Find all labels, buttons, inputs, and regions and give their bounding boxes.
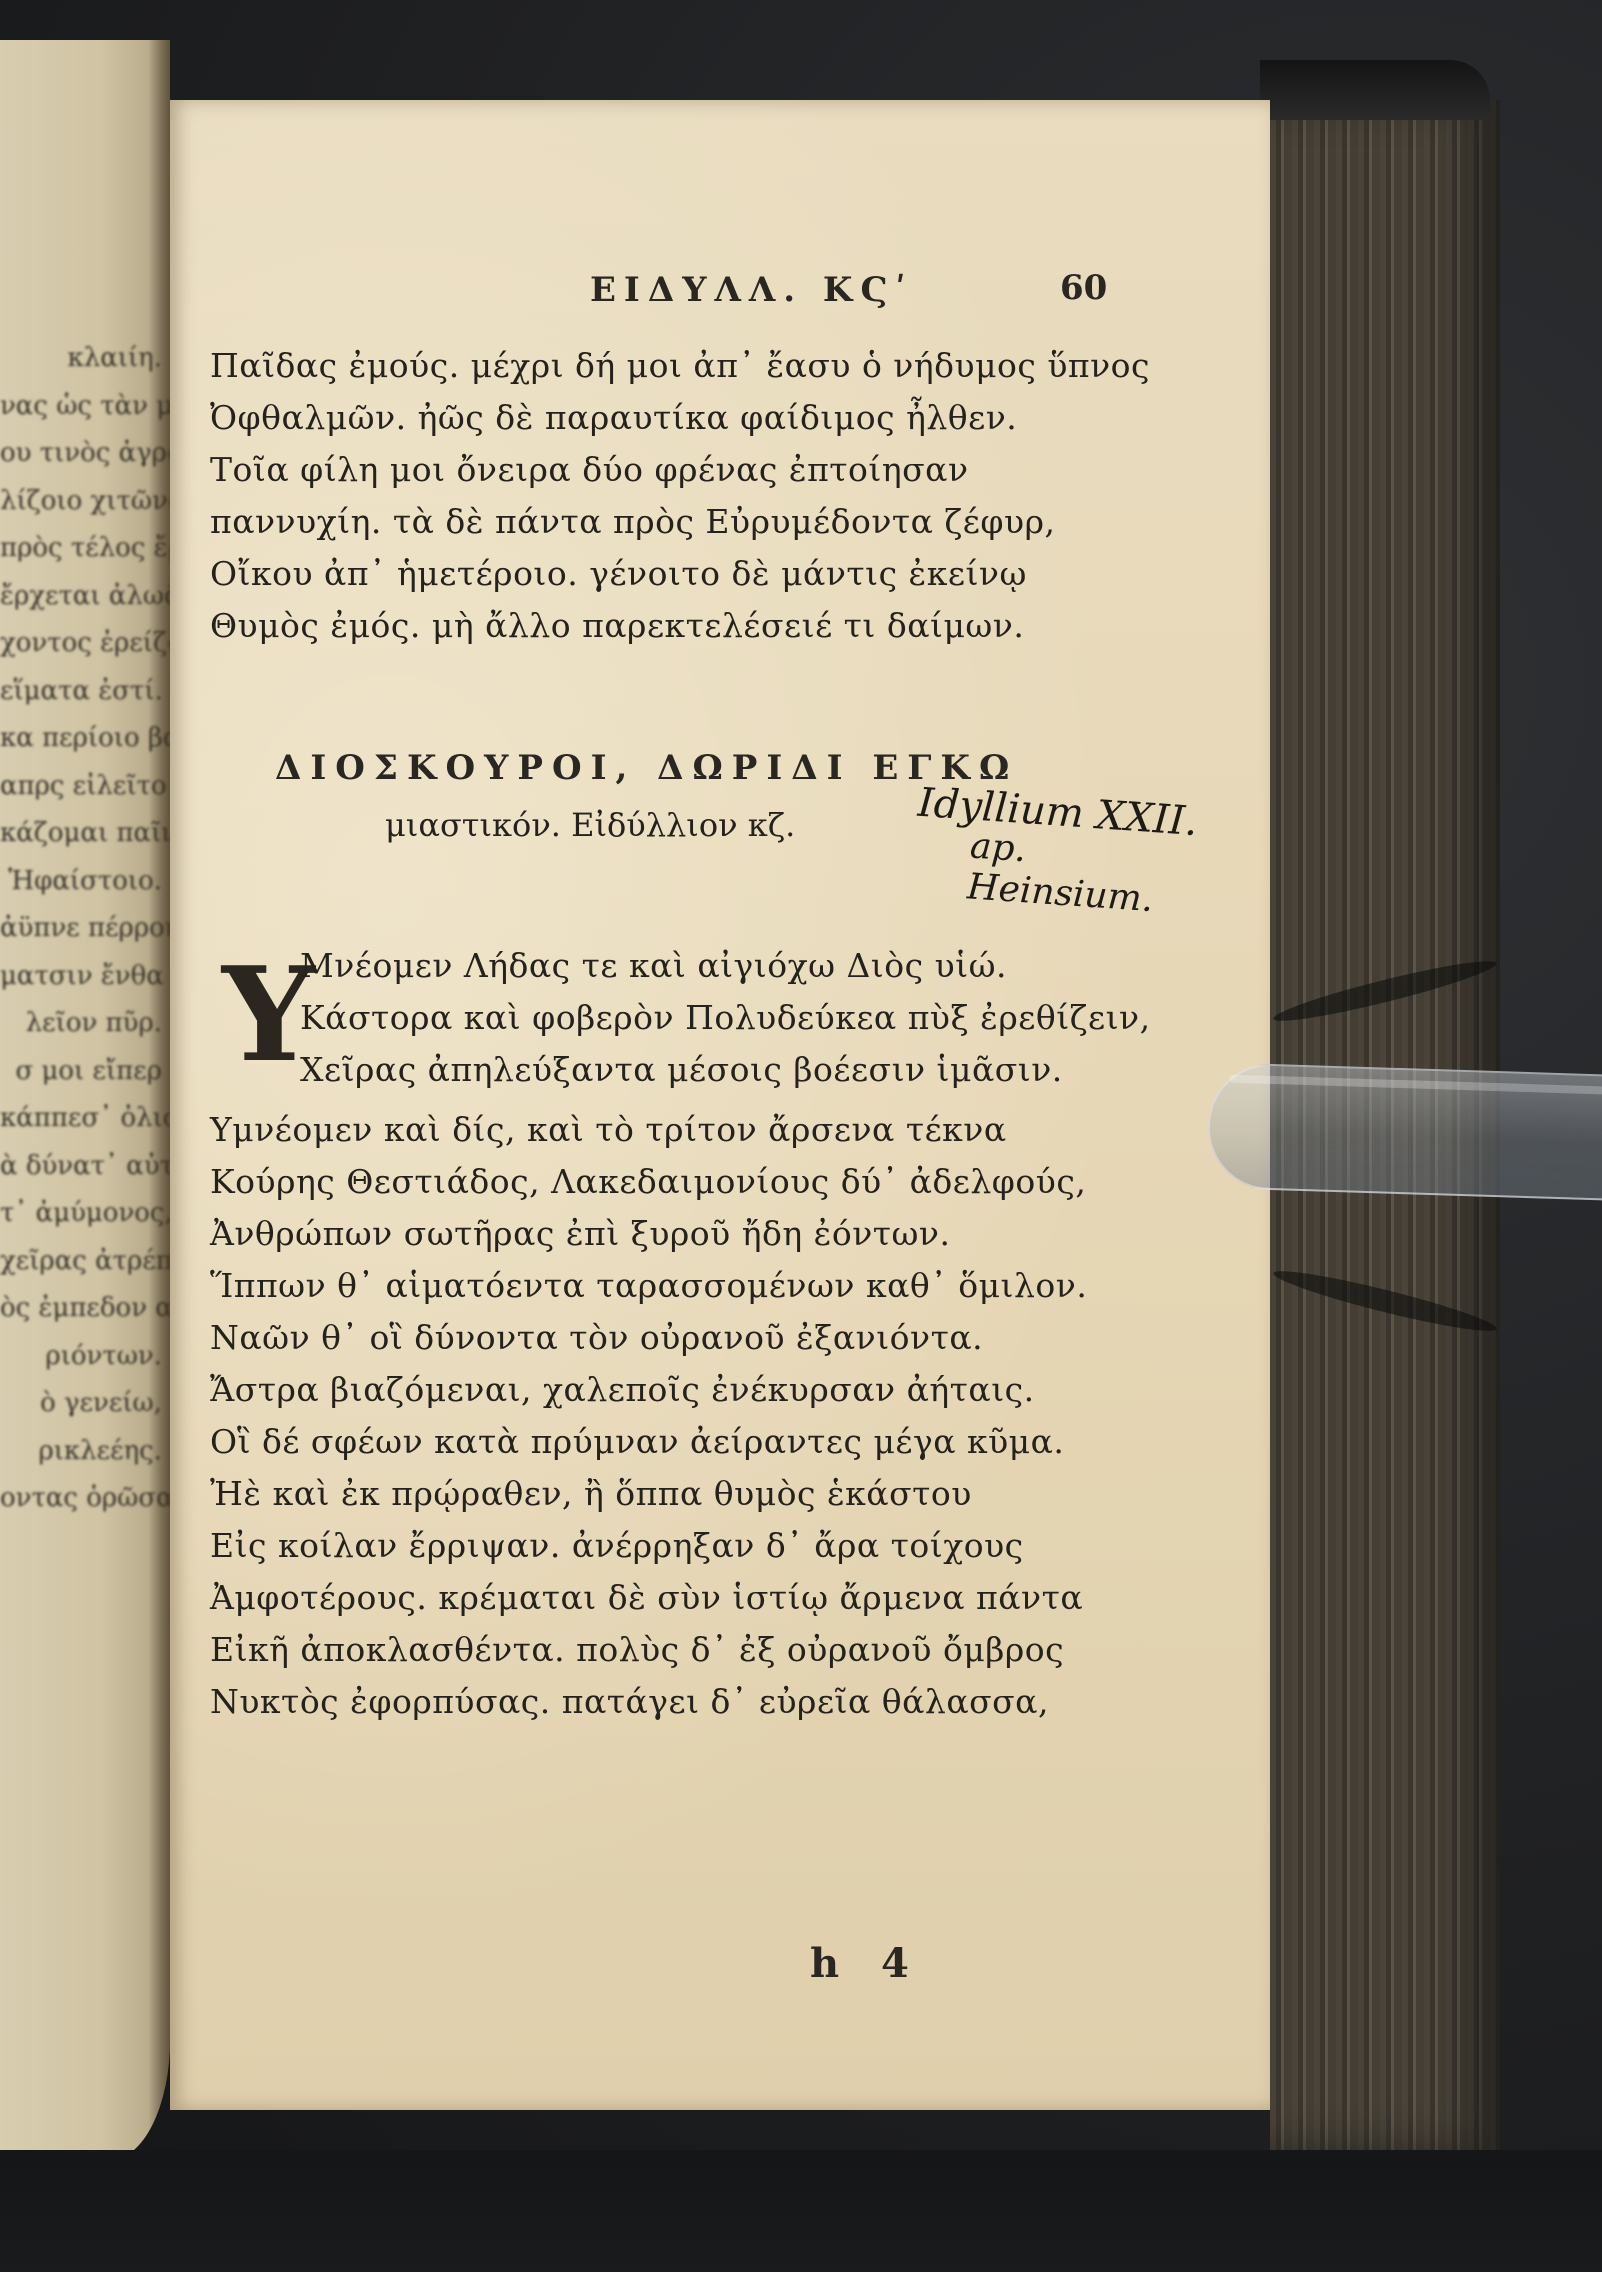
- facing-line: λεῖον πῦρ.: [0, 1000, 170, 1048]
- verse-line: Θυμὸς ἐμός. μὴ ἄλλο παρεκτελέσειέ τι δαί…: [210, 600, 1250, 652]
- verse-block-top: Παῖδας ἐμούς. μέχρι δή μοι ἀπ᾽ ἔασυ ὁ νή…: [210, 340, 1250, 652]
- running-title: ΕΙΔΥΛΛ. ΚϚʹ: [590, 270, 914, 310]
- section-title: ΔΙΟΣΚΟΥΡΟΙ, ΔΩΡΙΔΙ ΕΓΚΩ: [275, 748, 1018, 788]
- verse-line: Ἄστρα βιαζόμεναι, χαλεποῖς ἐνέκυρσαν ἀήτ…: [210, 1364, 1250, 1416]
- verse-line: Ἀμφοτέρους. κρέμαται δὲ σὺν ἱστίῳ ἄρμενα…: [210, 1572, 1250, 1624]
- verse-line: Υμνέομεν καὶ δίς, καὶ τὸ τρίτον ἄρσενα τ…: [210, 1104, 1250, 1156]
- facing-line: κλαιίη.: [0, 335, 170, 383]
- facing-left-page: κλαιίη. νας ὡς τὰν μισθώ, ου τινὸς ἀγροῦ…: [0, 40, 170, 2160]
- facing-line: ἔρχεται ἀλωᾶς,: [0, 573, 170, 621]
- facing-line: τ᾽ ἀμύμονος,: [0, 1190, 170, 1238]
- verse-line: Τοῖα φίλη μοι ὄνειρα δύο φρένας ἐπτοίησα…: [210, 444, 1250, 496]
- verse-block-indented: Μνέομεν Λήδας τε καὶ αἰγιόχω Διὸς υἱώ. Κ…: [300, 940, 1240, 1096]
- facing-line: ριόντων.: [0, 1333, 170, 1381]
- verse-line: Εἰς κοίλαν ἔρριψαν. ἀνέρρηξαν δ᾽ ἄρα τοί…: [210, 1520, 1250, 1572]
- facing-line: Ἡφαίστοιο.: [0, 858, 170, 906]
- verse-line: παννυχίη. τὰ δὲ πάντα πρὸς Εὐρυμέδοντα ζ…: [210, 496, 1250, 548]
- verse-line: Οἴκου ἀπ᾽ ἡμετέροιο. γένοιτο δὲ μάντις ἐ…: [210, 548, 1250, 600]
- strip-sheen: [1229, 1075, 1602, 1095]
- section-subtitle: μιαστικόν. Εἰδύλλιον κζ.: [385, 806, 795, 844]
- facing-line: σ μοι εἴπερ: [0, 1048, 170, 1096]
- verse-line: Κούρης Θεστιάδος, Λακεδαιμονίους δύ᾽ ἀδε…: [210, 1156, 1250, 1208]
- facing-line: εἵματα ἐστί.: [0, 668, 170, 716]
- handwritten-annotation: Idyllium XXII. ap. Heinsium.: [911, 780, 1219, 925]
- verse-line: Χεῖρας ἀπηλεύξαντα μέσοις βοέεσιν ἱμᾶσιν…: [300, 1044, 1240, 1096]
- facing-line: κα περίοιο βαθείας: [0, 715, 170, 763]
- facing-line: ὰ δύνατ᾽ αὐτίς,: [0, 1143, 170, 1191]
- verse-line: Οἳ δέ σφέων κατὰ πρύμναν ἀείραντες μέγα …: [210, 1416, 1250, 1468]
- verse-line: Κάστορα καὶ φοβερὸν Πολυδεύκεα πὺξ ἐρεθί…: [300, 992, 1240, 1044]
- verse-line: Ἠὲ καὶ ἐκ πρῴραθεν, ἢ ὅππα θυμὸς ἑκάστου: [210, 1468, 1250, 1520]
- page-number: 60: [1060, 268, 1107, 308]
- signature-mark: h 4: [810, 1940, 923, 1987]
- facing-line: πρὸς τέλος ἔρπει,: [0, 525, 170, 573]
- facing-line: ὸ γενείω,: [0, 1380, 170, 1428]
- verse-line: Νυκτὸς ἐφορπύσας. πατάγει δ᾽ εὐρεῖα θάλα…: [210, 1676, 1250, 1728]
- facing-line: ὸς ἐμπεδον αὐτοῖ: [0, 1285, 170, 1333]
- book-page: ΕΙΔΥΛΛ. ΚϚʹ 60 Παῖδας ἐμούς. μέχρι δή μο…: [170, 100, 1270, 2110]
- verse-line: Ὀφθαλμῶν. ἠῶς δὲ παραυτίκα φαίδιμος ἦλθε…: [210, 392, 1250, 444]
- facing-line: ἀϋπνε πέρρον: [0, 905, 170, 953]
- facing-line: ματσιν ἔνθα τὸ ἔνθ: [0, 953, 170, 1001]
- facing-line: ρικλεέης.: [0, 1428, 170, 1476]
- facing-line: λίζοιο χιτῶνος,: [0, 478, 170, 526]
- facing-line: οντας ὁρῶσαι: [0, 1475, 170, 1523]
- facing-line: κάζομαι παῖν: [0, 810, 170, 858]
- page-header: ΕΙΔΥΛΛ. ΚϚʹ 60: [170, 270, 1270, 320]
- page-holder-strip: [1206, 1062, 1602, 1200]
- facing-line: κάππεσ᾽ ὀλισθών: [0, 1095, 170, 1143]
- facing-line: απρς εἰλεῖτο φλοῖ,: [0, 763, 170, 811]
- verse-line: Μνέομεν Λήδας τε καὶ αἰγιόχω Διὸς υἱώ.: [300, 940, 1240, 992]
- verse-line: Εἰκῆ ἀποκλασθέντα. πολὺς δ᾽ ἐξ οὐρανοῦ ὄ…: [210, 1624, 1250, 1676]
- verse-line: Ἀνθρώπων σωτῆρας ἐπὶ ξυροῦ ἤδη ἐόντων.: [210, 1208, 1250, 1260]
- verse-line: Ναῶν θ᾽ οἳ δύνοντα τὸν οὐρανοῦ ἐξανιόντα…: [210, 1312, 1250, 1364]
- facing-line: χεῖρας ἀτρέπτω: [0, 1238, 170, 1286]
- facing-line: χοντος ἐρείζας,: [0, 620, 170, 668]
- facing-page-text: κλαιίη. νας ὡς τὰν μισθώ, ου τινὸς ἀγροῦ…: [0, 335, 170, 1523]
- facing-line: ου τινὸς ἀγροῦ.: [0, 430, 170, 478]
- verse-line: Παῖδας ἐμούς. μέχρι δή μοι ἀπ᾽ ἔασυ ὁ νή…: [210, 340, 1250, 392]
- facing-line: νας ὡς τὰν μισθώ,: [0, 383, 170, 431]
- binding-top-cap: [1260, 60, 1490, 120]
- floor-shadow: [0, 2150, 1602, 2272]
- gutter-shadow: [148, 40, 170, 2160]
- verse-block-main: Υμνέομεν καὶ δίς, καὶ τὸ τρίτον ἄρσενα τ…: [210, 1104, 1250, 1728]
- verse-line: Ἵππων θ᾽ αἱματόεντα ταρασσομένων καθ᾽ ὅμ…: [210, 1260, 1250, 1312]
